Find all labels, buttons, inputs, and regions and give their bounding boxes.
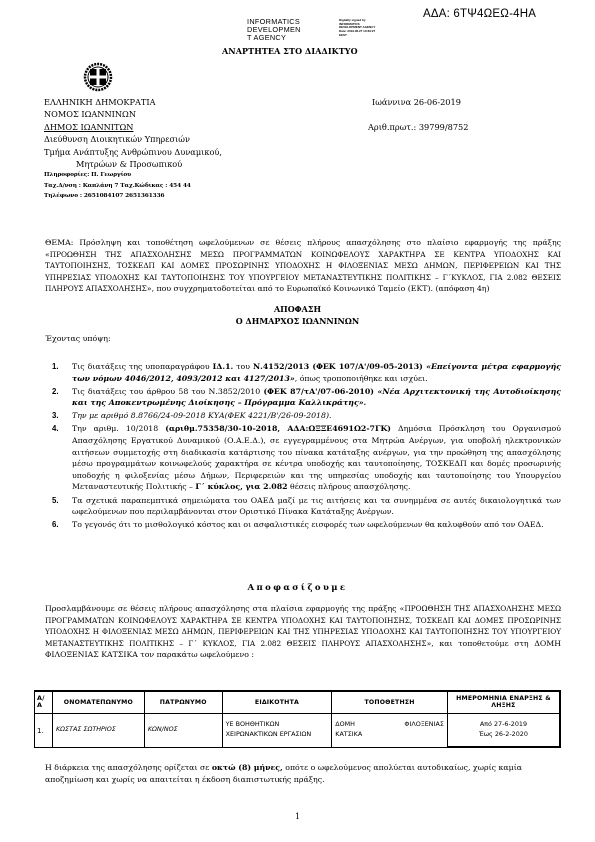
cell-placement: ΔΟΜΗΦΙΛΟΞΕΝΙΑΣ ΚΑΤΣΙΚΑ [332,713,448,747]
table-row: 1. ΚΩΣΤΑΣ ΣΩΤΗΡΙΟΣ ΚΩΝ/ΝΟΣ ΥΕ ΒΟΗΘΗΤΙΚΩΝ… [35,713,561,747]
placement-a: ΔΟΜΗ [335,720,355,730]
duration-lead: Η διάρκεια της απασχόλησης ορίζεται σε [45,763,212,772]
item-text: , όπως τροποποιήθηκε και ισχύει. [295,374,428,383]
item-text: θέσεις πλήρους απασχόλησης. [288,482,411,491]
page-number: 1 [0,812,595,821]
posted-online-label: ΑΝΑΡΤΗΤΕΑ ΣΤΟ ΔΙΑΔΙΚΤΥΟ [222,46,358,56]
sender-municipality: ΔΗΜΟΣ ΙΩΑΝΝΙΤΩΝ [44,121,222,133]
protocol-number: Αριθ.πρωτ.: 39799/8752 [368,121,468,133]
item-text-bold: ΙΔ.1. [213,362,234,371]
place-date: Ιωάννινα 26-06-2019 [372,96,468,108]
col-header-placement: ΤΟΠΟΘΕΤΗΣΗ [332,691,448,713]
consideration-item: 5. Τα σχετικά παραπεμπτικά σημειώματα το… [52,495,561,518]
item-number: 6. [52,519,59,531]
sender-address: Ταχ.Δ/νση : Καπλάνη 7 Ταχ.Κώδικας : 454 … [44,181,222,191]
col-header-specialty: ΕΙΔΙΚΟΤΗΤΑ [222,691,332,713]
item-number: 1. [52,361,59,373]
sender-prefecture: ΝΟΜΟΣ ΙΩΑΝΝΙΝΩΝ [44,108,222,120]
considerations-list: 1. Τις διατάξεις της υποπαραγράφου ΙΔ.1.… [52,361,561,532]
date-from: Από 27-6-2019 [451,720,556,730]
digital-signature-text: Digitally signed by INFORMATICS DEVELOPM… [339,19,381,38]
sender-department: Τμήμα Ανάπτυξης Ανθρώπινου Δυναμικού, [44,146,222,158]
decision-title: ΑΠΟΦΑΣΗ [0,303,595,315]
col-header-aa: Α/Α [35,691,53,713]
item-number: 5. [52,495,59,507]
cell-dates: Από 27-6-2019 Έως 26-2-2020 [447,713,560,747]
col-header-dates: ΗΜΕΡΟΜΗΝΙΑ ΕΝΑΡΞΗΣ & ΛΗΞΗΣ [447,691,560,713]
placement-c: ΚΑΤΣΙΚΑ [335,730,444,740]
item-text-italic: Την με αριθμό 8.8766/24-09-2018 ΚΥΑ(ΦΕΚ … [72,411,331,420]
item-text: Το γεγονός ότι το μισθολογικό κόστος και… [72,520,544,529]
subject-label: ΘΕΜΑ: [45,238,73,247]
item-text-bold: Γ΄ κύκλος, για 2.082 [195,482,287,491]
greek-emblem-icon [80,62,116,92]
item-text: Την αριθμ. 10/2018 [72,424,165,433]
col-header-father: ΠΑΤΡΩΝΥΜΟ [144,691,222,713]
item-text: Τις διατάξεις του άρθρου 58 του Ν.3852/2… [72,387,263,396]
item-text: Τις διατάξεις της υποπαραγράφου [72,362,213,371]
cell-father: ΚΩΝ/ΝΟΣ [144,713,222,747]
item-text-bold: (αριθμ.75358/30-10-2018, ΑΔΑ:ΩΞΞΕ4691Ω2-… [165,424,391,433]
item-text: του [233,362,253,371]
considering-label: Έχοντας υπόψη: [45,333,561,345]
resolution-lead: Προσλαμβάνουμε σε θέσεις πλήρους απασχόλ… [45,604,404,613]
consideration-item: 3. Την με αριθμό 8.8766/24-09-2018 ΚΥΑ(Φ… [52,410,561,422]
consideration-item: 6. Το γεγονός ότι το μισθολογικό κόστος … [52,519,561,531]
beneficiaries-table: Α/Α ΟΝΟΜΑΤΕΠΩΝΥΜΟ ΠΑΤΡΩΝΥΜΟ ΕΙΔΙΚΟΤΗΤΑ Τ… [34,690,561,748]
sender-directorate: Διεύθυνση Διοικητικών Υπηρεσιών [44,133,222,145]
table-header-row: Α/Α ΟΝΟΜΑΤΕΠΩΝΥΜΟ ΠΑΤΡΩΝΥΜΟ ΕΙΔΙΚΟΤΗΤΑ Τ… [35,691,561,713]
date-to: Έως 26-2-2020 [451,730,556,740]
agency-logo-line: T AGENCY [247,34,301,42]
item-text: Τα σχετικά παραπεμπτικά σημειώματα του Ο… [72,496,561,517]
sender-country: ΕΛΛΗΝΙΚΗ ΔΗΜΟΚΡΑΤΙΑ [44,96,222,108]
item-number: 4. [52,423,59,435]
cell-name: ΚΩΣΤΑΣ ΣΩΤΗΡΙΟΣ [52,713,144,747]
resolution-paragraph: Προσλαμβάνουμε σε θέσεις πλήρους απασχόλ… [45,603,561,661]
sender-department-cont: Μητρώων & Προσωπικού [44,158,222,170]
item-text-bold: Ν.4152/2013 (ΦΕΚ 107/Α'/09-05-2013) [253,362,426,371]
item-number: 3. [52,410,59,422]
col-header-name: ΟΝΟΜΑΤΕΠΩΝΥΜΟ [52,691,144,713]
consideration-item: 4. Την αριθμ. 10/2018 (αριθμ.75358/30-10… [52,423,561,493]
document-meta: Ιωάννινα 26-06-2019 Αριθ.πρωτ.: 39799/87… [372,96,468,134]
duration-bold: οκτώ (8) μήνες, [212,763,283,772]
resolution-title: Αποφασίζουμε [0,583,595,593]
consideration-item: 1. Τις διατάξεις της υποπαραγράφου ΙΔ.1.… [52,361,561,384]
cell-aa: 1. [35,713,53,747]
ada-code: ΑΔΑ: 6ΤΨ4ΩΕΩ-4ΗΑ [423,8,536,20]
consideration-item: 2. Τις διατάξεις του άρθρου 58 του Ν.385… [52,386,561,409]
duration-paragraph: Η διάρκεια της απασχόλησης ορίζεται σε ο… [45,762,561,785]
subject-paragraph: ΘΕΜΑ: Πρόσληψη και τοποθέτηση ωφελούμενω… [45,237,561,295]
cell-specialty: ΥΕ ΒΟΗΘΗΤΙΚΩΝ ΧΕΙΡΩΝΑΚΤΙΚΩΝ ΕΡΓΑΣΙΩΝ [222,713,332,747]
sender-contact-person: Πληροφορίες: Π. Γεωργίου [44,170,222,180]
item-number: 2. [52,386,59,398]
decision-heading: ΑΠΟΦΑΣΗ Ο ΔΗΜΑΡΧΟΣ ΙΩΑΝΝΙΝΩΝ [0,303,595,327]
subject-tail: », που συγχρηματοδοτείται από το Ευρωπαϊ… [147,284,490,293]
item-text-bold: (ΦΕΚ 87/τΑ'/07-06-2010) [263,387,377,396]
sender-block: ΕΛΛΗΝΙΚΗ ΔΗΜΟΚΡΑΤΙΑ ΝΟΜΟΣ ΙΩΑΝΝΙΝΩΝ ΔΗΜΟ… [44,96,222,202]
placement-b: ΦΙΛΟΞΕΝΙΑΣ [404,720,443,730]
decision-issuer: Ο ΔΗΜΑΡΧΟΣ ΙΩΑΝΝΙΝΩΝ [0,315,595,327]
agency-signature-logo: INFORMATICS DEVELOPMEN T AGENCY [247,18,301,42]
sender-phone: Τηλέφωνο : 2651084107 2651361336 [44,191,222,201]
